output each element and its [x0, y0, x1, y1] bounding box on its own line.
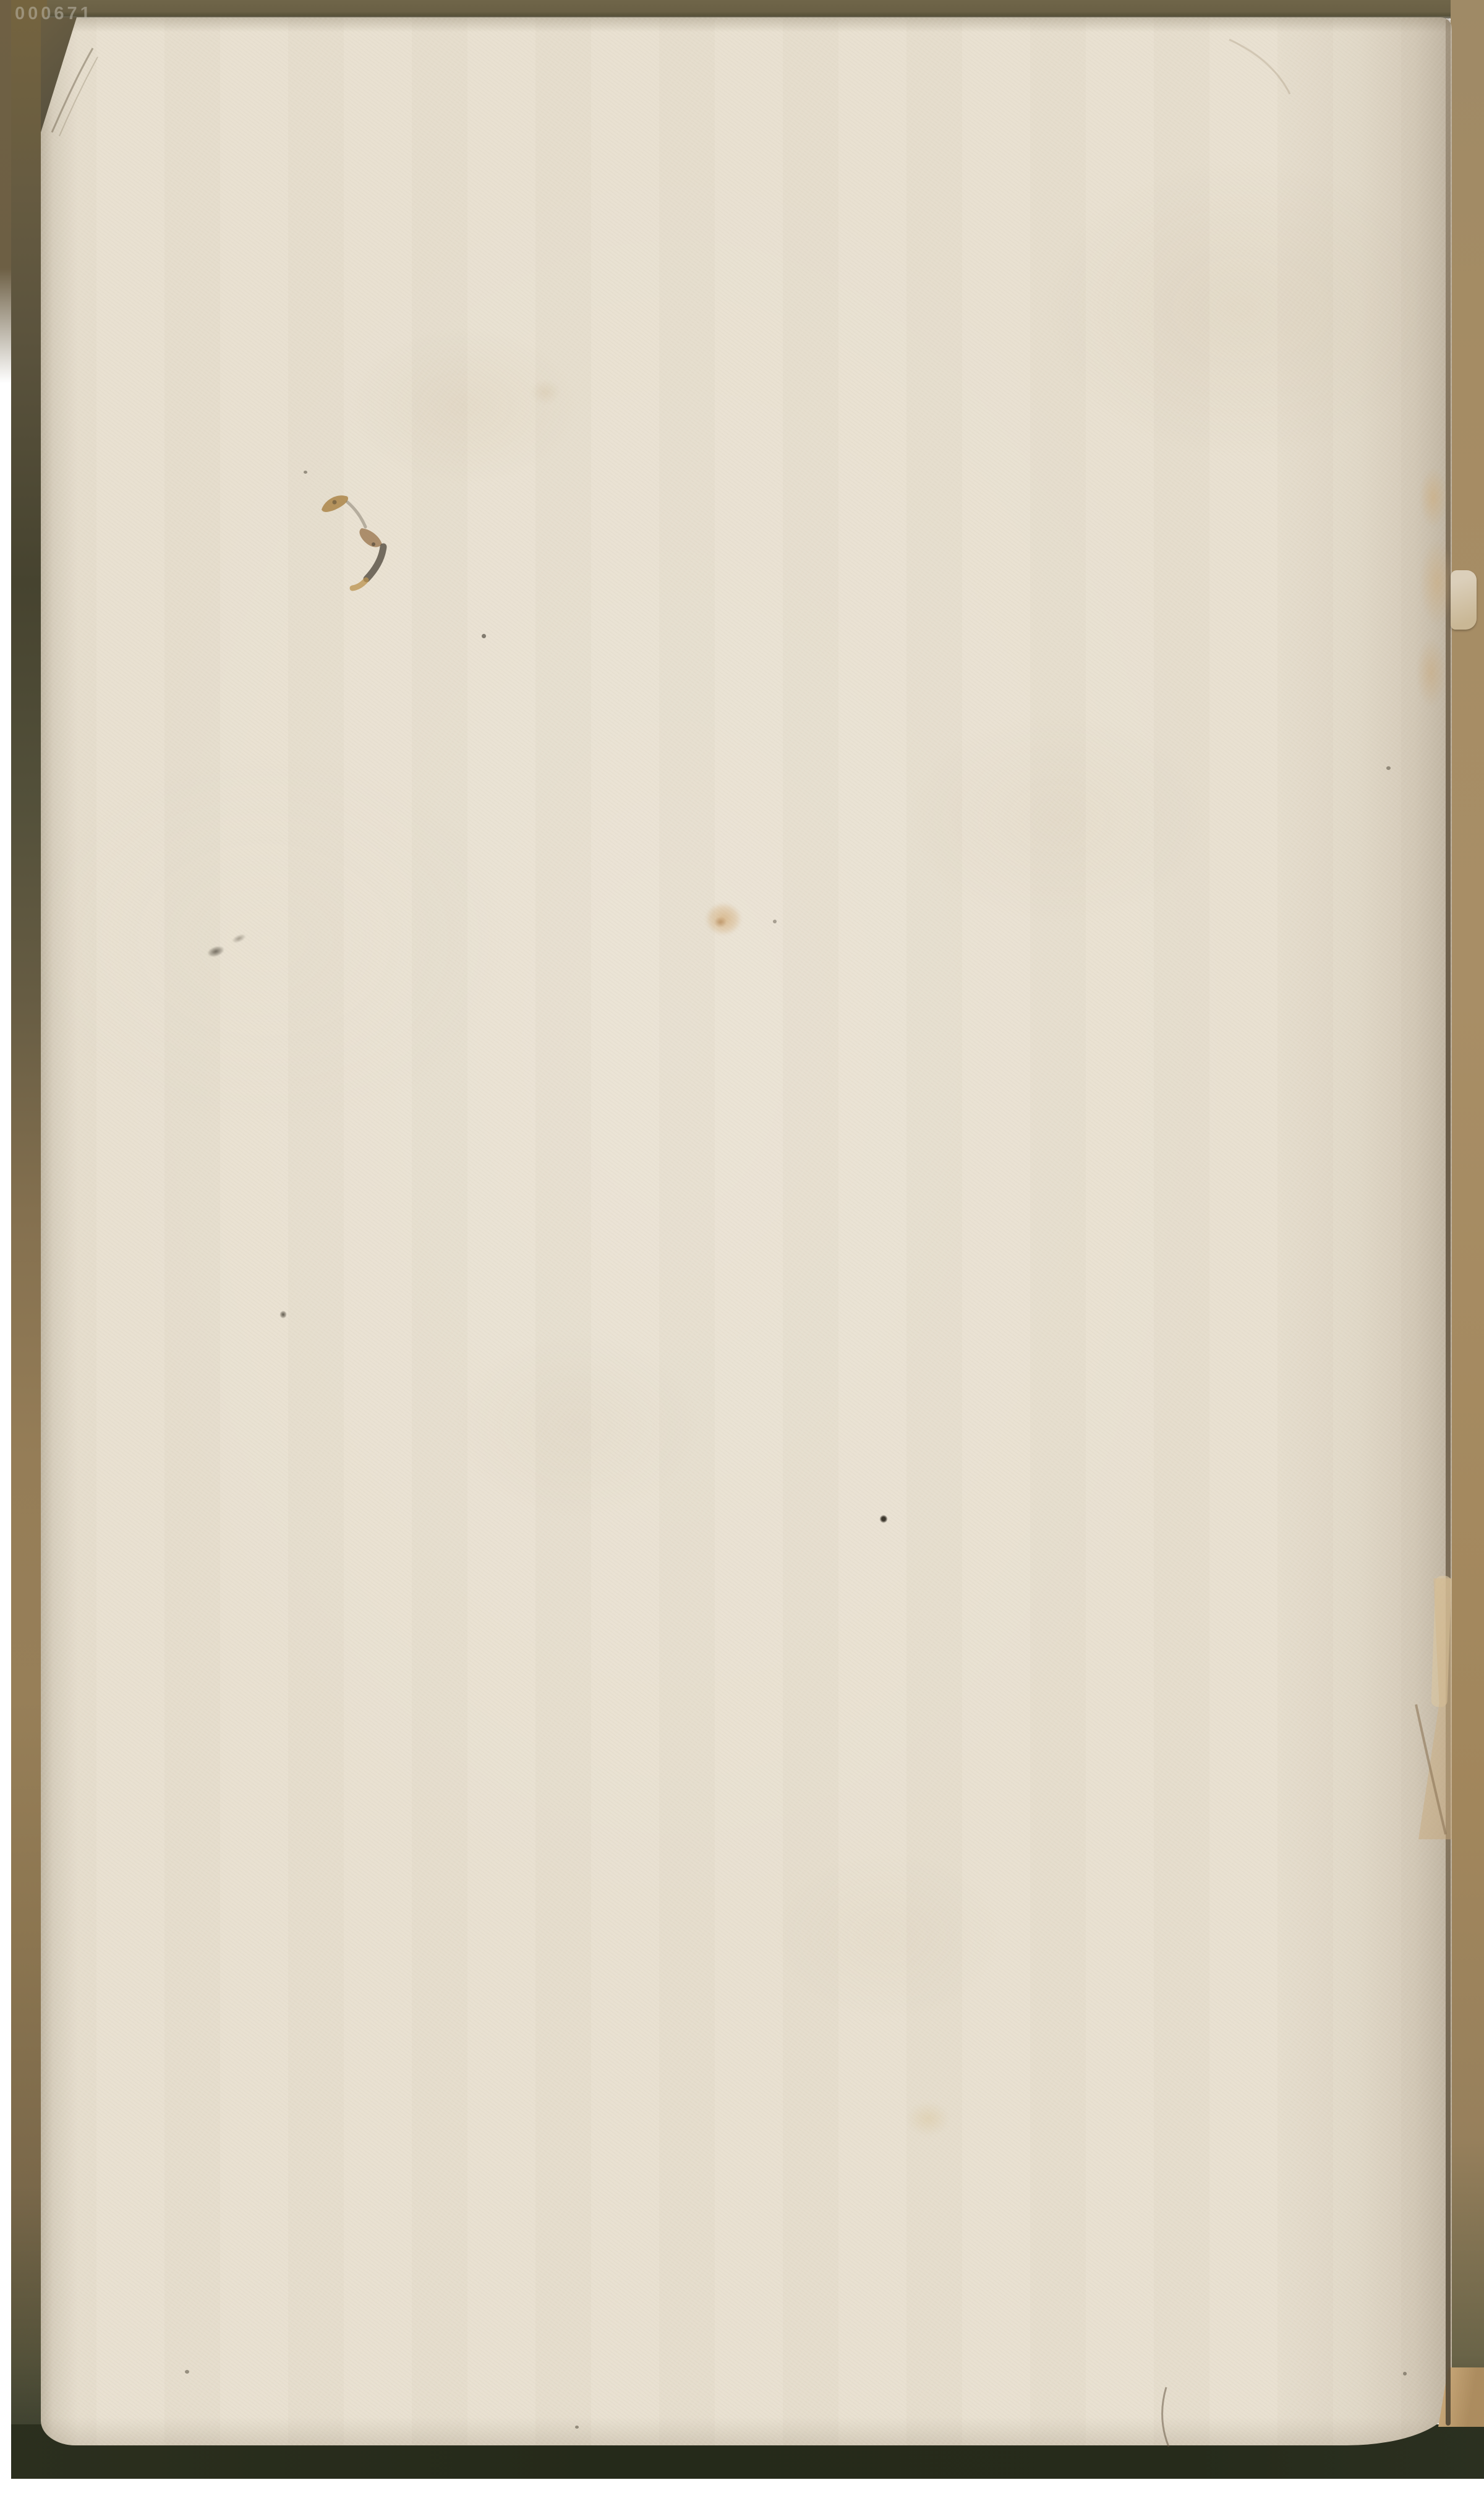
book-edge-top	[0, 0, 1484, 19]
edge-discoloration	[1414, 468, 1452, 717]
torn-paper-remnant	[1451, 570, 1477, 630]
yellow-stain	[900, 2097, 957, 2141]
speck	[304, 471, 307, 474]
paper-grain-texture	[41, 17, 1452, 2445]
scan-id-label: 000671	[15, 4, 93, 24]
black-dot	[879, 1514, 889, 1524]
speck	[575, 2426, 579, 2429]
speck	[185, 2370, 189, 2374]
speck	[1403, 2372, 1407, 2375]
faint-stain	[526, 376, 565, 408]
speck	[773, 920, 777, 923]
book-scan: 000671	[0, 0, 1484, 2493]
speck	[1386, 766, 1391, 770]
book-cover-right	[1451, 0, 1484, 2427]
orange-stain-core	[712, 915, 728, 929]
page-edge-shadow-right	[1446, 19, 1451, 2426]
blank-manuscript-page	[41, 17, 1452, 2445]
gray-dot	[279, 1311, 287, 1319]
book-binding-left-upper	[0, 0, 11, 383]
speck	[482, 634, 486, 638]
